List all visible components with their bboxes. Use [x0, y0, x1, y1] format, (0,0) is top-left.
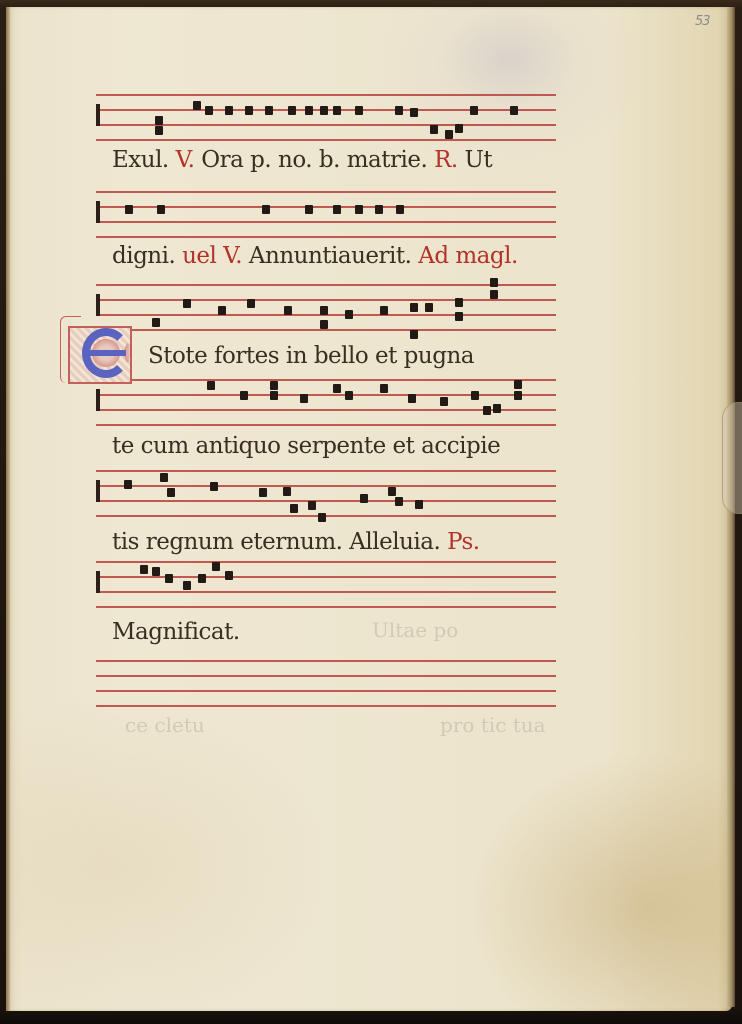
show-through-text: Ultae po [372, 618, 458, 642]
neume-note-icon [318, 513, 326, 522]
lyric-text: te cum antiquo serpente et accipie [112, 433, 500, 459]
neume-note-icon [360, 494, 368, 503]
neume-note-icon [183, 581, 191, 590]
neume-note-icon [470, 106, 478, 115]
neume-note-icon [345, 310, 353, 319]
neume-note-icon [320, 106, 328, 115]
staff-line [96, 690, 556, 692]
staff-6 [96, 561, 556, 608]
staff-line [96, 606, 556, 608]
page-tab [722, 402, 742, 514]
neume-note-icon [395, 497, 403, 506]
neume-note-icon [155, 126, 163, 135]
rubric-text: uel V. [182, 243, 249, 269]
neume-note-icon [140, 565, 148, 574]
neume-note-icon [259, 488, 267, 497]
neume-note-icon [408, 394, 416, 403]
neume-note-icon [270, 381, 278, 390]
neume-note-icon [514, 391, 522, 400]
staff-4 [96, 379, 556, 426]
neume-note-icon [288, 106, 296, 115]
staff-line [96, 675, 556, 677]
rubric-text: R. [434, 147, 464, 173]
neume-note-icon [514, 380, 522, 389]
neume-note-icon [283, 487, 291, 496]
neume-note-icon [333, 205, 341, 214]
neume-note-icon [455, 124, 463, 133]
c-clef-icon [96, 571, 100, 593]
neume-note-icon [198, 574, 206, 583]
staff-line [96, 124, 556, 126]
c-clef-icon [96, 201, 100, 223]
neume-note-icon [165, 574, 173, 583]
lyric-text: Magnificat. [112, 619, 240, 645]
staff-line [96, 299, 556, 301]
staff-line [96, 206, 556, 208]
neume-note-icon [483, 406, 491, 415]
lyric-text: Annuntiauerit. [249, 243, 418, 269]
show-through-text: ce cletu [125, 713, 205, 737]
neume-note-icon [395, 106, 403, 115]
neume-note-icon [410, 330, 418, 339]
chant-text-line1: Exul. V. Ora p. no. b. matrie. R. Ut [112, 146, 492, 174]
staff-1 [96, 94, 556, 141]
chant-text-line5: tis regnum eternum. Alleluia. Ps. [112, 528, 480, 556]
staff-line [96, 591, 556, 593]
neume-note-icon [415, 500, 423, 509]
staff-line [96, 284, 556, 286]
lyric-text: Ora p. no. b. matrie. [201, 147, 434, 173]
neume-note-icon [490, 278, 498, 287]
staff-line [96, 705, 556, 707]
illuminated-initial-e [60, 316, 144, 382]
neume-note-icon [305, 205, 313, 214]
chant-text-line6: Magnificat. [112, 618, 240, 646]
neume-note-icon [124, 480, 132, 489]
neume-note-icon [225, 571, 233, 580]
staff-line [96, 236, 556, 238]
neume-note-icon [320, 320, 328, 329]
neume-note-icon [125, 205, 133, 214]
neume-note-icon [240, 391, 248, 400]
neume-note-icon [320, 306, 328, 315]
neume-note-icon [167, 488, 175, 497]
staff-line [96, 221, 556, 223]
staff-7 [96, 660, 556, 707]
neume-note-icon [210, 482, 218, 491]
neume-note-icon [440, 397, 448, 406]
c-clef-icon [96, 294, 100, 316]
neume-note-icon [410, 108, 418, 117]
neume-note-icon [490, 290, 498, 299]
neume-note-icon [212, 562, 220, 571]
staff-line [96, 660, 556, 662]
lyric-text: tis regnum eternum. Alleluia. [112, 529, 447, 555]
chant-text-line2: digni. uel V. Annuntiauerit. Ad magl. [112, 242, 518, 270]
staff-line [96, 329, 556, 331]
neume-note-icon [425, 303, 433, 312]
staff-line [96, 379, 556, 381]
neume-note-icon [355, 205, 363, 214]
neume-note-icon [445, 130, 453, 139]
neume-note-icon [284, 306, 292, 315]
neume-note-icon [455, 298, 463, 307]
rubric-text: Ps. [447, 529, 479, 555]
initial-letter-bar [86, 350, 126, 356]
neume-note-icon [152, 318, 160, 327]
neume-note-icon [308, 501, 316, 510]
neume-note-icon [225, 106, 233, 115]
c-clef-icon [96, 104, 100, 126]
rubric-text: V. [176, 147, 202, 173]
neume-note-icon [471, 391, 479, 400]
lyric-text: Ut [465, 147, 493, 173]
neume-note-icon [396, 205, 404, 214]
staff-line [96, 485, 556, 487]
neume-note-icon [455, 312, 463, 321]
rubric-text: Ad magl. [418, 243, 518, 269]
neume-note-icon [265, 106, 273, 115]
neume-note-icon [157, 205, 165, 214]
neume-note-icon [160, 473, 168, 482]
neume-note-icon [290, 504, 298, 513]
staff-line [96, 139, 556, 141]
lyric-text: digni. [112, 243, 182, 269]
neume-note-icon [205, 106, 213, 115]
lyric-text: Stote fortes in bello et pugna [148, 343, 474, 369]
neume-note-icon [345, 391, 353, 400]
staff-line [96, 470, 556, 472]
neume-note-icon [493, 404, 501, 413]
neume-note-icon [300, 394, 308, 403]
neume-note-icon [207, 381, 215, 390]
neume-note-icon [305, 106, 313, 115]
neume-note-icon [183, 299, 191, 308]
neume-note-icon [410, 303, 418, 312]
staff-2 [96, 191, 556, 238]
offset-ink-stain [440, 8, 580, 108]
neume-note-icon [380, 306, 388, 315]
neume-note-icon [355, 106, 363, 115]
neume-note-icon [262, 205, 270, 214]
neume-note-icon [430, 125, 438, 134]
folio-number: 53 [695, 14, 710, 29]
neume-note-icon [152, 567, 160, 576]
neume-note-icon [375, 205, 383, 214]
neume-note-icon [270, 391, 278, 400]
neume-note-icon [247, 299, 255, 308]
neume-note-icon [155, 116, 163, 125]
binding-gutter [6, 7, 10, 1011]
staff-line [96, 94, 556, 96]
neume-note-icon [193, 101, 201, 110]
c-clef-icon [96, 480, 100, 502]
neume-note-icon [333, 384, 341, 393]
chant-text-line4: te cum antiquo serpente et accipie [112, 432, 500, 460]
neume-note-icon [380, 384, 388, 393]
staff-line [96, 500, 556, 502]
staff-line [96, 191, 556, 193]
neume-note-icon [245, 106, 253, 115]
c-clef-icon [96, 389, 100, 411]
staff-line [96, 424, 556, 426]
neume-note-icon [333, 106, 341, 115]
neume-note-icon [510, 106, 518, 115]
chant-text-line3: Stote fortes in bello et pugna [148, 342, 474, 370]
staff-line [96, 515, 556, 517]
staff-line [96, 561, 556, 563]
show-through-text: pro tic tua [440, 713, 546, 737]
lyric-text: Exul. [112, 147, 176, 173]
neume-note-icon [388, 487, 396, 496]
staff-line [96, 394, 556, 396]
neume-note-icon [218, 306, 226, 315]
